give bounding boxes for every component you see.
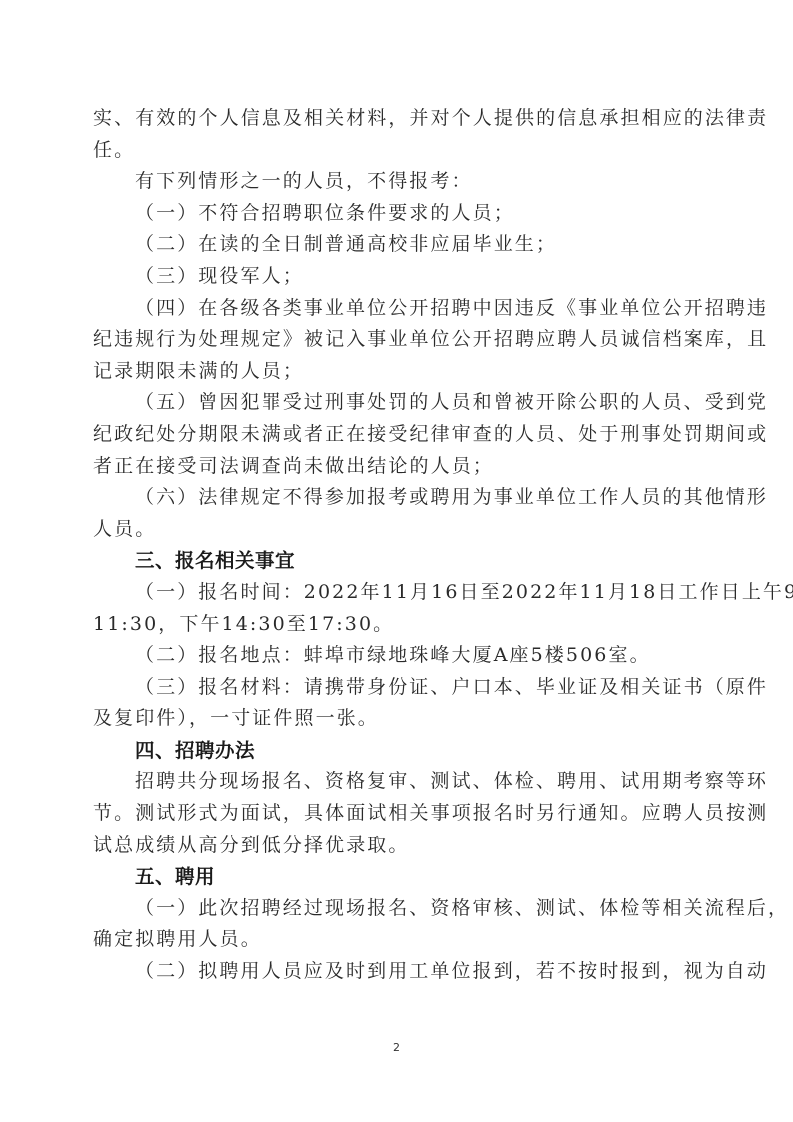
- list-item-2: （二）在读的全日制普通高校非应届毕业生；: [93, 229, 693, 261]
- text-line: 任。: [93, 135, 693, 167]
- registration-time: （一）报名时间：2022年11月16日至2022年11月18日工作日上午9:00…: [93, 577, 693, 609]
- text-line: 11:30，下午14:30至17:30。: [93, 609, 693, 641]
- page-number: 2: [0, 1041, 793, 1054]
- list-item-1: （一）不符合招聘职位条件要求的人员；: [93, 198, 693, 230]
- section-heading-5: 五、聘用: [93, 861, 693, 893]
- registration-materials: （三）报名材料：请携带身份证、户口本、毕业证及相关证书（原件: [93, 672, 693, 704]
- list-item-4: （四）在各级各类事业单位公开招聘中因违反《事业单位公开招聘违: [93, 293, 693, 325]
- text-line: 者正在接受司法调查尚未做出结论的人员；: [93, 451, 693, 483]
- text-line: 招聘共分现场报名、资格复审、测试、体检、聘用、试用期考察等环: [93, 766, 693, 798]
- employment-item-1: （一）此次招聘经过现场报名、资格审核、测试、体检等相关流程后，: [93, 893, 693, 925]
- text-line: 试总成绩从高分到低分择优录取。: [93, 830, 693, 862]
- text-line: 记录期限未满的人员；: [93, 356, 693, 388]
- text-line: 实、有效的个人信息及相关材料，并对个人提供的信息承担相应的法律责: [93, 103, 693, 135]
- registration-location: （二）报名地点：蚌埠市绿地珠峰大厦A座5楼506室。: [93, 640, 693, 672]
- text-line: 确定拟聘用人员。: [93, 924, 693, 956]
- document-body: 实、有效的个人信息及相关材料，并对个人提供的信息承担相应的法律责 任。 有下列情…: [93, 103, 693, 988]
- text-line: 及复印件），一寸证件照一张。: [93, 703, 693, 735]
- list-item-3: （三）现役军人；: [93, 261, 693, 293]
- list-item-6: （六）法律规定不得参加报考或聘用为事业单位工作人员的其他情形: [93, 482, 693, 514]
- text-line: 节。测试形式为面试，具体面试相关事项报名时另行通知。应聘人员按测: [93, 798, 693, 830]
- text-line: 纪违规行为处理规定》被记入事业单位公开招聘应聘人员诚信档案库，且: [93, 324, 693, 356]
- text-line: 纪政纪处分期限未满或者正在接受纪律审查的人员、处于刑事处罚期间或: [93, 419, 693, 451]
- document-page: 实、有效的个人信息及相关材料，并对个人提供的信息承担相应的法律责 任。 有下列情…: [0, 0, 793, 1122]
- section-heading-4: 四、招聘办法: [93, 735, 693, 767]
- text-line: 有下列情形之一的人员，不得报考：: [93, 166, 693, 198]
- list-item-5: （五）曾因犯罪受过刑事处罚的人员和曾被开除公职的人员、受到党: [93, 387, 693, 419]
- text-line: 人员。: [93, 514, 693, 546]
- section-heading-3: 三、报名相关事宜: [93, 545, 693, 577]
- employment-item-2: （二）拟聘用人员应及时到用工单位报到，若不按时报到，视为自动: [93, 956, 693, 988]
